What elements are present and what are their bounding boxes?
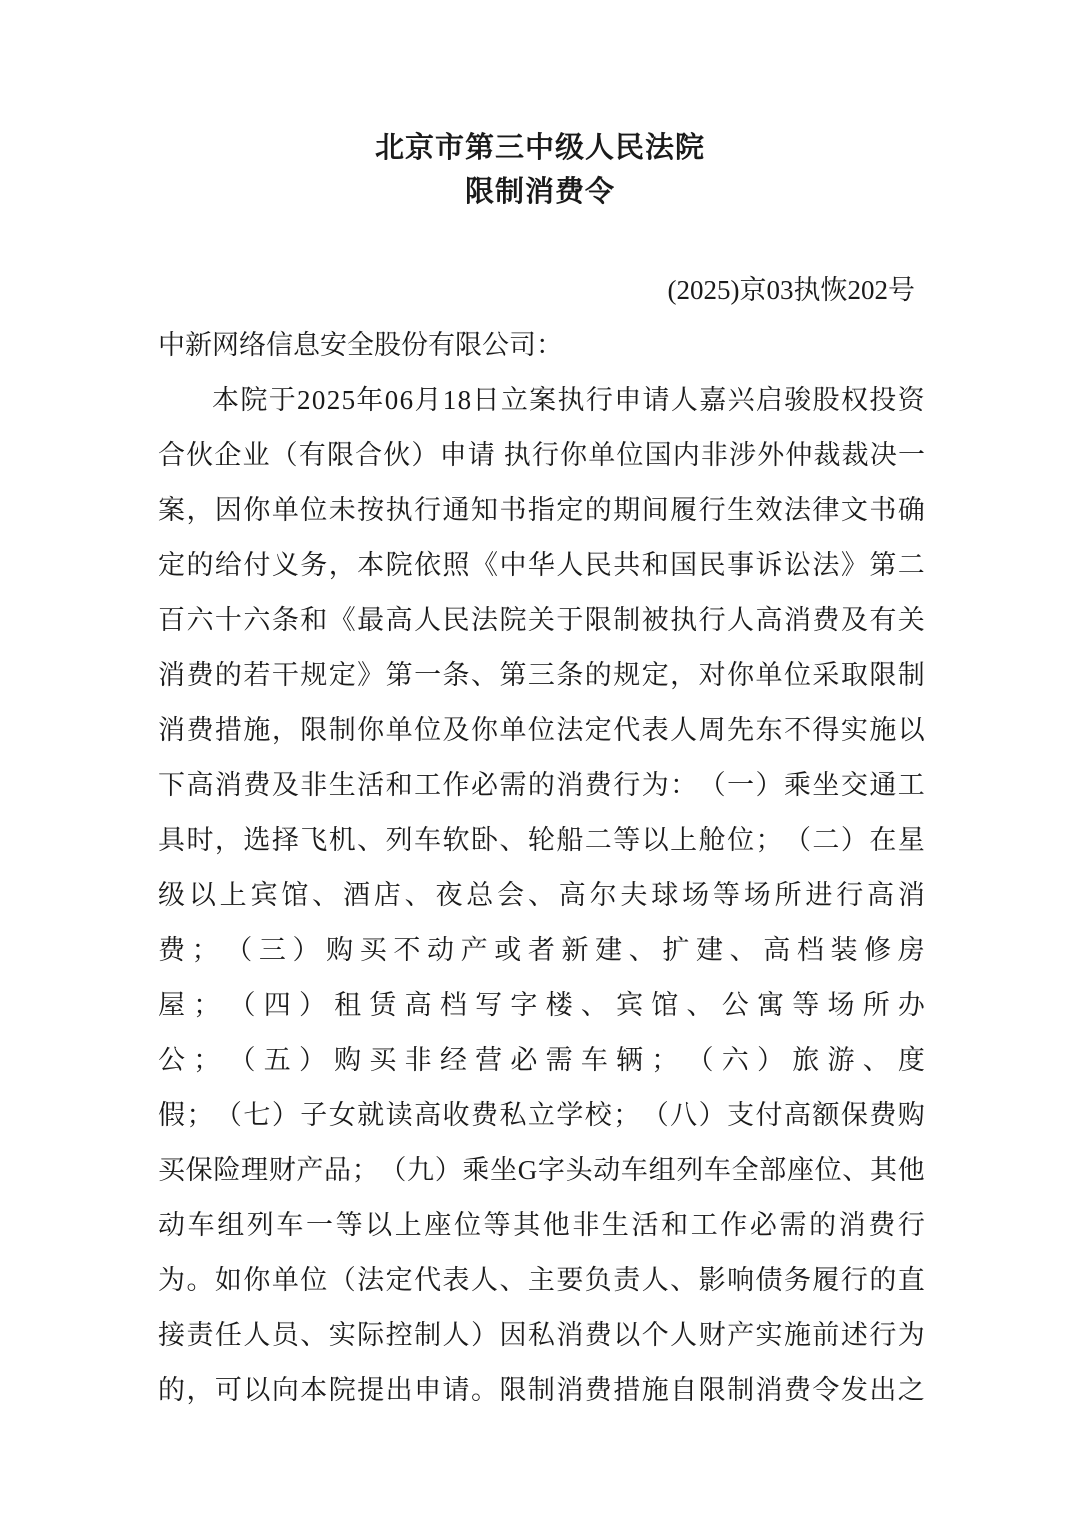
body-line: 假；（七）子女就读高收费私立学校；（八）支付高额保费购 — [158, 1088, 925, 1143]
body-line: 百六十六条和《最高人民法院关于限制被执行人高消费及有关 — [158, 593, 925, 648]
body-line: 下高消费及非生活和工作必需的消费行为：（一）乘坐交通工 — [158, 758, 925, 813]
body-line: 费；（三）购买不动产或者新建、扩建、高档装修房 — [158, 923, 925, 978]
body-line: 本院于2025年06月18日立案执行申请人嘉兴启骏股权投资 — [158, 373, 925, 428]
body-line: 动车组列车一等以上座位等其他非生活和工作必需的消费行 — [158, 1198, 925, 1253]
document-page: 北京市第三中级人民法院 限制消费令 (2025)京03执恢202号 中新网络信息… — [0, 0, 1080, 1530]
body-line: 级以上宾馆、酒店、夜总会、高尔夫球场等场所进行高消 — [158, 868, 925, 923]
body-line: 接责任人员、实际控制人）因私消费以个人财产实施前述行为 — [158, 1308, 925, 1363]
body-line: 买保险理财产品；（九）乘坐G字头动车组列车全部座位、其他 — [158, 1143, 925, 1198]
court-name: 北京市第三中级人民法院 — [0, 126, 1080, 170]
body-line: 定的给付义务，本院依照《中华人民共和国民事诉讼法》第二 — [158, 538, 925, 593]
document-title: 限制消费令 — [0, 170, 1080, 214]
addressee: 中新网络信息安全股份有限公司： — [158, 318, 925, 373]
body-line: 合伙企业（有限合伙）申请 执行你单位国内非涉外仲裁裁决一 — [158, 428, 925, 483]
body-line: 的，可以向本院提出申请。限制消费措施自限制消费令发出之 — [158, 1363, 925, 1418]
body-line: 案，因你单位未按执行通知书指定的期间履行生效法律文书确 — [158, 483, 925, 538]
body-line: 消费措施，限制你单位及你单位法定代表人周先东不得实施以 — [158, 703, 925, 758]
document-content: (2025)京03执恢202号 中新网络信息安全股份有限公司： 本院于2025年… — [158, 263, 925, 1418]
body-paragraph: 本院于2025年06月18日立案执行申请人嘉兴启骏股权投资合伙企业（有限合伙）申… — [158, 373, 925, 1418]
body-line: 消费的若干规定》第一条、第三条的规定，对你单位采取限制 — [158, 648, 925, 703]
body-line: 公；（五）购买非经营必需车辆；（六）旅游、度 — [158, 1033, 925, 1088]
case-number: (2025)京03执恢202号 — [158, 263, 925, 318]
body-line: 屋；（四）租赁高档写字楼、宾馆、公寓等场所办 — [158, 978, 925, 1033]
body-line: 为。如你单位（法定代表人、主要负责人、影响债务履行的直 — [158, 1253, 925, 1308]
body-line: 具时，选择飞机、列车软卧、轮船二等以上舱位；（二）在星 — [158, 813, 925, 868]
document-header: 北京市第三中级人民法院 限制消费令 — [0, 0, 1080, 214]
